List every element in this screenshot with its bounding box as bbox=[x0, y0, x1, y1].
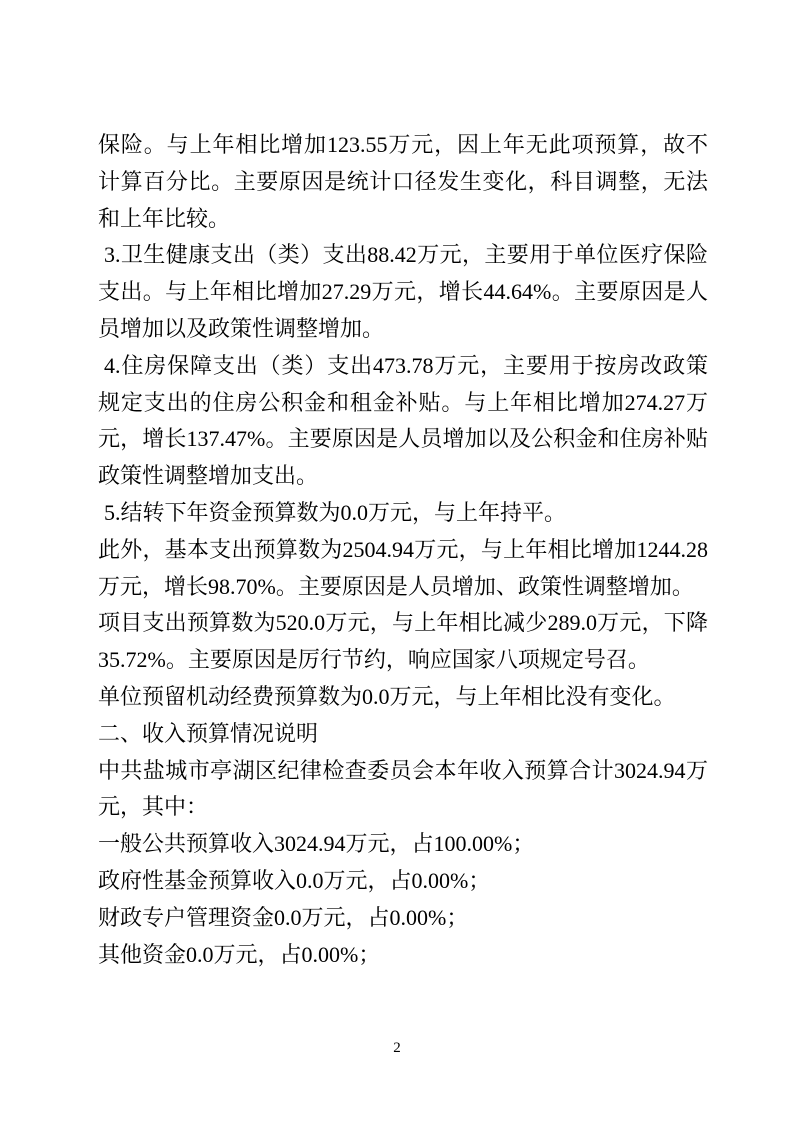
paragraph-project-expenditure: 项目支出预算数为520.0万元，与上年相比减少289.0万元，下降35.72%。… bbox=[98, 605, 708, 679]
paragraph-health-expenditure: 3.卫生健康支出（类）支出88.42万元，主要用于单位医疗保险支出。与上年相比增… bbox=[98, 237, 708, 347]
paragraph-government-fund-income: 政府性基金预算收入0.0万元，占0.00%； bbox=[98, 863, 708, 900]
paragraph-social-security-continuation: 保险。与上年相比增加123.55万元，因上年无此项预算，故不计算百分比。主要原因… bbox=[98, 127, 708, 237]
paragraph-reserve-funds: 单位预留机动经费预算数为0.0万元，与上年相比没有变化。 bbox=[98, 679, 708, 716]
paragraph-other-funds: 其他资金0.0万元，占0.00%； bbox=[98, 937, 708, 974]
page-content: 保险。与上年相比增加123.55万元，因上年无此项预算，故不计算百分比。主要原因… bbox=[98, 127, 708, 973]
paragraph-income-total: 中共盐城市亭湖区纪律检查委员会本年收入预算合计3024.94万元，其中： bbox=[98, 753, 708, 827]
paragraph-housing-expenditure: 4.住房保障支出（类）支出473.78万元，主要用于按房改政策规定支出的住房公积… bbox=[98, 348, 708, 495]
paragraph-carryover-funds: 5.结转下年资金预算数为0.0万元，与上年持平。 bbox=[98, 495, 708, 532]
document-page: 保险。与上年相比增加123.55万元，因上年无此项预算，故不计算百分比。主要原因… bbox=[0, 0, 794, 1123]
page-number: 2 bbox=[0, 1038, 794, 1058]
paragraph-fiscal-special-account-funds: 财政专户管理资金0.0万元，占0.00%； bbox=[98, 900, 708, 937]
paragraph-basic-expenditure: 此外，基本支出预算数为2504.94万元，与上年相比增加1244.28万元，增长… bbox=[98, 532, 708, 606]
paragraph-general-public-budget-income: 一般公共预算收入3024.94万元，占100.00%； bbox=[98, 826, 708, 863]
section-heading-income-budget: 二、收入预算情况说明 bbox=[98, 716, 708, 753]
